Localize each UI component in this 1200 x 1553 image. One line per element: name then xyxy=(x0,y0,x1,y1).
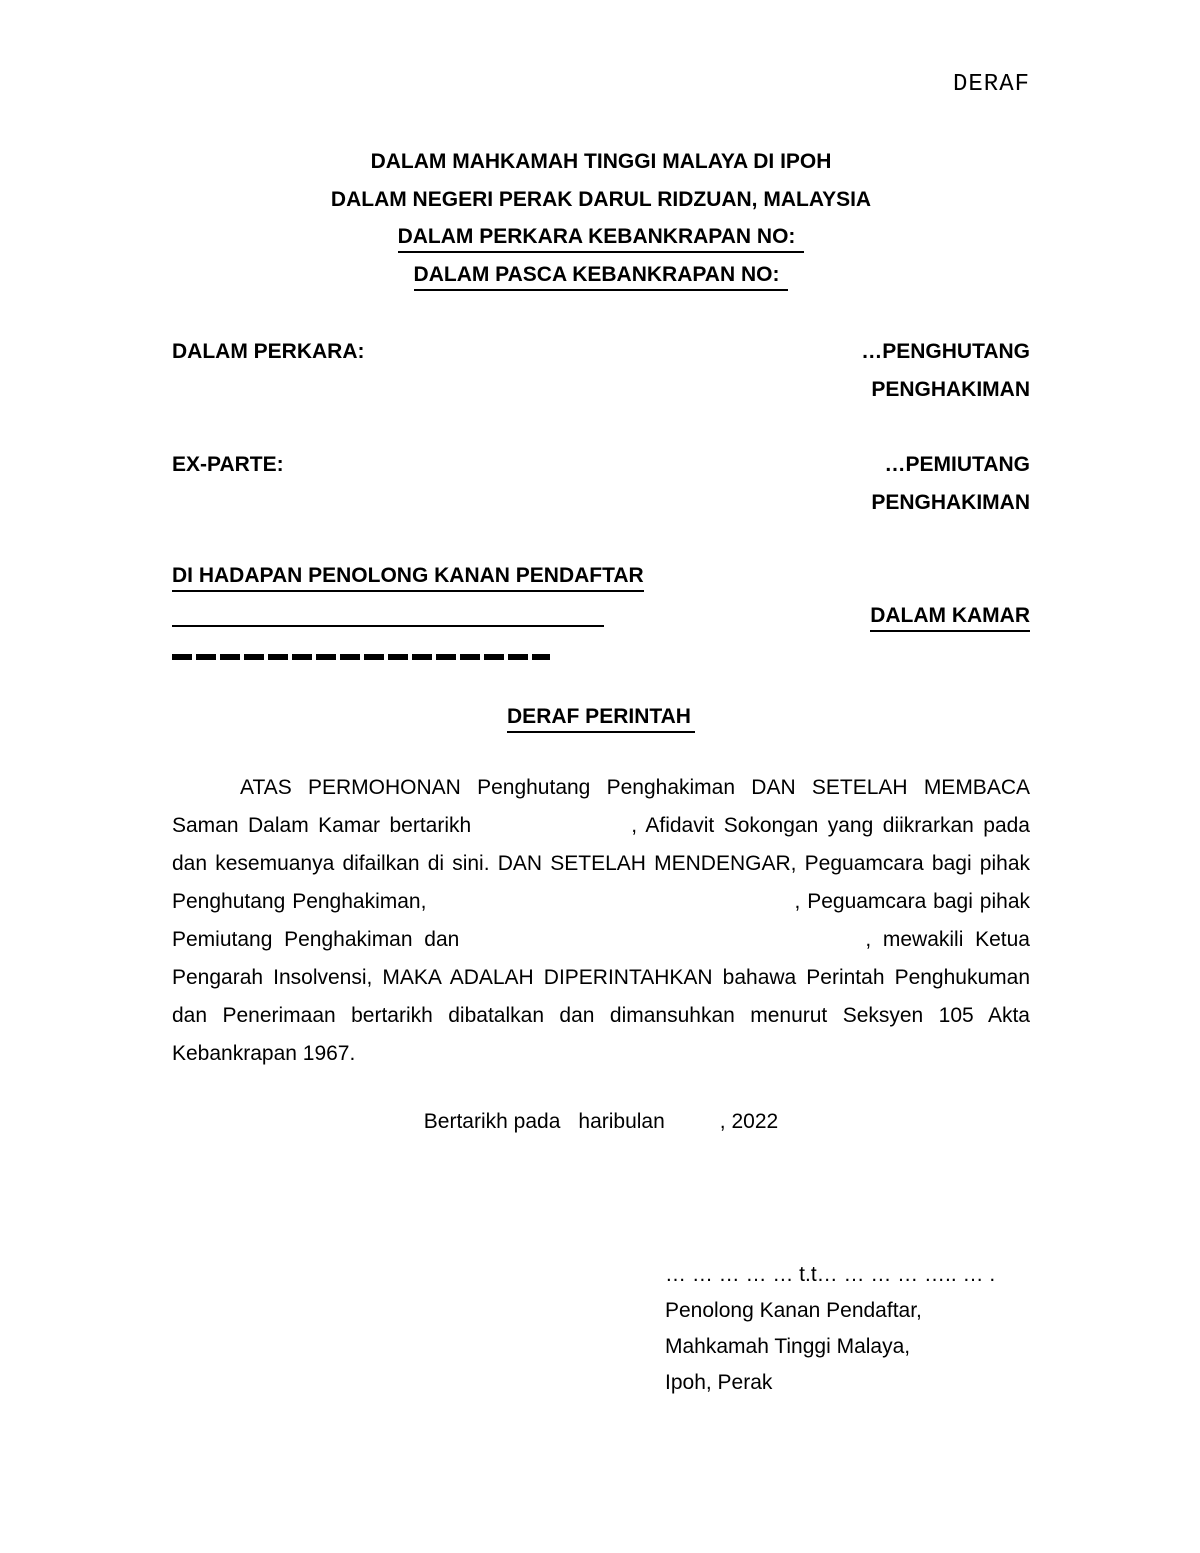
dalam-perkara-label: DALAM PERKARA: xyxy=(172,333,365,371)
court-heading-line-1: DALAM MAHKAMAH TINGGI MALAYA DI IPOH xyxy=(172,143,1030,181)
court-heading-line-2: DALAM NEGERI PERAK DARUL RIDZUAN, MALAYS… xyxy=(172,181,1030,219)
party-row-exparte: EX-PARTE: …PEMIUTANG PENGHAKIMAN xyxy=(172,446,1030,521)
court-heading: DALAM MAHKAMAH TINGGI MALAYA DI IPOH DAL… xyxy=(172,143,1030,293)
body-line-4: Penghutang Penghakiman,, Peguamcara bagi… xyxy=(172,883,1030,921)
blank-date-field xyxy=(471,831,631,832)
judgment-debtor-role-line-1: …PENGHUTANG xyxy=(861,333,1030,371)
order-title-text: DERAF PERINTAH xyxy=(507,704,695,733)
body-line-6: Pengarah Insolvensi, MAKA ADALAH DIPERIN… xyxy=(172,959,1030,997)
body-line-2b: , Afidavit Sokongan yang diikrarkan pada xyxy=(631,814,1030,837)
blank-signature-line xyxy=(172,625,604,627)
dalam-kamar-label-wrap: DALAM KAMAR xyxy=(870,603,1030,632)
court-heading-line-4: DALAM PASCA KEBANKRAPAN NO: xyxy=(172,256,1030,294)
before-registrar-heading: DI HADAPAN PENOLONG KANAN PENDAFTAR xyxy=(172,557,1030,595)
judgment-debtor-role-line-2: PENGHAKIMAN xyxy=(861,371,1030,409)
registrar-name-row: DALAM KAMAR xyxy=(172,595,1030,633)
court-heading-line-3: DALAM PERKARA KEBANKRAPAN NO: xyxy=(172,218,1030,256)
judgment-debtor-role: …PENGHUTANG PENGHAKIMAN xyxy=(861,333,1030,408)
body-line-2: Saman Dalam Kamar bertarikh, Afidavit So… xyxy=(172,807,1030,845)
dated-line: Bertarikh padaharibulan, 2022 xyxy=(172,1103,1030,1141)
blank-counsel-name-field-2 xyxy=(459,945,865,946)
signature-dotted-line: … … … … … t.t… … … … ….. … . xyxy=(665,1257,1030,1293)
dated-line-part-2: haribulan xyxy=(578,1110,664,1133)
body-line-4a: Penghutang Penghakiman, xyxy=(172,890,426,913)
bankruptcy-case-no-label: DALAM PERKARA KEBANKRAPAN NO: xyxy=(398,224,805,253)
draft-watermark: DERAF xyxy=(172,70,1030,100)
body-line-4b: , Peguamcara bagi pihak xyxy=(794,890,1030,913)
post-bankruptcy-case-no-label: DALAM PASCA KEBANKRAPAN NO: xyxy=(414,262,789,291)
judgment-creditor-role-line-1: …PEMIUTANG xyxy=(871,446,1030,484)
dalam-kamar-label: DALAM KAMAR xyxy=(870,603,1030,632)
order-body-paragraph: ATAS PERMOHONAN Penghutang Penghakiman D… xyxy=(172,769,1030,1073)
before-registrar-text: DI HADAPAN PENOLONG KANAN PENDAFTAR xyxy=(172,563,644,592)
body-line-5a: Pemiutang Penghakiman dan xyxy=(172,928,459,951)
body-line-5b: , mewakili Ketua xyxy=(865,928,1030,951)
blank-day-field xyxy=(560,1127,578,1128)
body-line-8: Kebankrapan 1967. xyxy=(172,1035,1030,1073)
ex-parte-label: EX-PARTE: xyxy=(172,446,284,484)
signature-block: … … … … … t.t… … … … ….. … . Penolong Ka… xyxy=(665,1257,1030,1401)
body-line-2a: Saman Dalam Kamar bertarikh xyxy=(172,814,471,837)
signature-title-line-3: Ipoh, Perak xyxy=(665,1365,1030,1401)
judgment-creditor-role: …PEMIUTANG PENGHAKIMAN xyxy=(871,446,1030,521)
blank-counsel-name-field-1 xyxy=(426,907,794,908)
dated-line-part-3: , 2022 xyxy=(720,1110,778,1133)
signature-title-line-1: Penolong Kanan Pendaftar, xyxy=(665,1293,1030,1329)
blank-month-field xyxy=(665,1127,720,1128)
body-line-5: Pemiutang Penghakiman dan, mewakili Ketu… xyxy=(172,921,1030,959)
body-line-3: dan kesemuanya difailkan di sini. DAN SE… xyxy=(172,845,1030,883)
judgment-creditor-role-line-2: PENGHAKIMAN xyxy=(871,484,1030,522)
separator-dashed-line xyxy=(172,654,550,660)
body-line-1: ATAS PERMOHONAN Penghutang Penghakiman D… xyxy=(172,769,1030,807)
signature-title-line-2: Mahkamah Tinggi Malaya, xyxy=(665,1329,1030,1365)
court-document-page: DERAF DALAM MAHKAMAH TINGGI MALAYA DI IP… xyxy=(0,0,1200,1553)
body-line-7: dan Penerimaan bertarikh dibatalkan dan … xyxy=(172,997,1030,1035)
party-row-perkara: DALAM PERKARA: …PENGHUTANG PENGHAKIMAN xyxy=(172,333,1030,408)
dated-line-part-1: Bertarikh pada xyxy=(424,1110,561,1133)
order-title: DERAF PERINTAH xyxy=(172,698,1030,736)
